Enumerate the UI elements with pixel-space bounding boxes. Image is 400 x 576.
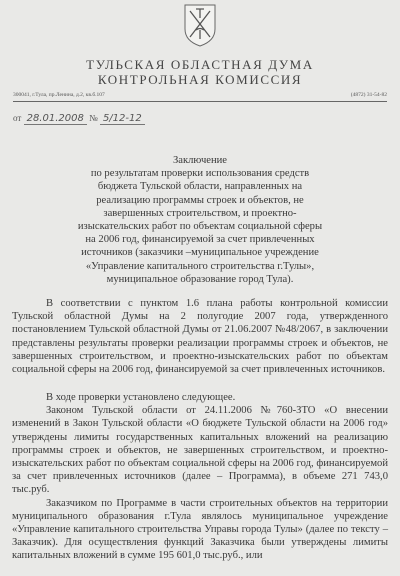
title-line: источников (заказчики –муниципальное учр… [30,246,370,259]
document-heading: Заключение [30,154,370,167]
title-line: муниципальное образование город Тула). [30,273,370,286]
body-section-1: В соответствии с пунктом 1.6 плана работ… [12,297,388,376]
body-section-2: В ходе проверки установлено следующее. З… [12,391,388,563]
title-line: по результатам проверки использования ср… [30,167,370,180]
org-name-line2: КОНТРОЛЬНАЯ КОМИССИЯ [0,72,400,88]
body-paragraph: В ходе проверки установлено следующее. [12,391,388,404]
title-line: «Управление капитального строительства г… [30,260,370,273]
registration-line: от 28.01.2008 № 5/12-12 [13,113,145,124]
title-line: изыскательских работ по объектам социаль… [30,220,370,233]
title-line: завершенных строительством, и проектно- [30,207,370,220]
title-line: реализацию программы строек и объектов, … [30,194,370,207]
header-divider [13,101,387,102]
tula-coat-of-arms-icon [183,3,217,47]
title-line: на 2006 год, финансируемой за счет привл… [30,233,370,246]
body-paragraph: Законом Тульской области от 24.11.2006 №… [12,404,388,496]
org-name-line1: ТУЛЬСКАЯ ОБЛАСТНАЯ ДУМА [0,57,400,73]
org-phone: (4872) 31-54-82 [351,92,387,98]
document-title-block: Заключение по результатам проверки испол… [30,154,370,286]
title-line: бюджета Тульской области, направленных н… [30,180,370,193]
org-address: 300041, г.Тула, пр.Ленина, д.2, кв.б.107 [13,92,105,98]
body-paragraph: В соответствии с пунктом 1.6 плана работ… [12,297,388,376]
date-prefix: от [13,113,21,123]
document-page: ТУЛЬСКАЯ ОБЛАСТНАЯ ДУМА КОНТРОЛЬНАЯ КОМИ… [0,0,400,576]
handwritten-date: 28.01.2008 [24,113,87,125]
handwritten-number: 5/12-12 [100,113,145,125]
body-paragraph: Заказчиком по Программе в части строител… [12,497,388,563]
number-prefix: № [89,113,98,123]
